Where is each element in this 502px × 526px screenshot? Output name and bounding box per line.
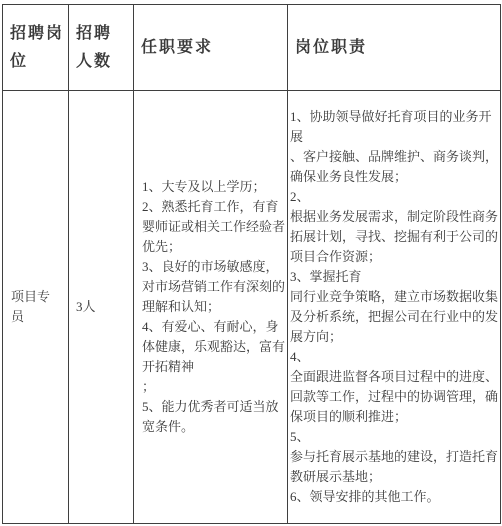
header-cell-headcount: 招聘 人数 [69, 5, 134, 91]
cell-duties: 1、协助领导做好托育项目的业务开展 、客户接触、品牌维护、商务谈判，确保业务良性… [288, 91, 501, 524]
table-header-row: 招聘岗 位 招聘 人数 任职要求 岗位职责 [3, 5, 501, 91]
cell-headcount: 3人 [69, 91, 134, 524]
document-page: 招聘岗 位 招聘 人数 任职要求 岗位职责 项目专员 3人 1、大专及以上学历；… [2, 4, 501, 524]
cell-position: 项目专员 [3, 91, 69, 524]
cell-requirements: 1、大专及以上学历； 2、熟悉托育工作，有育婴师证或相关工作经验者优先； 3、良… [134, 91, 288, 524]
header-cell-requirements: 任职要求 [134, 5, 288, 91]
header-cell-position: 招聘岗 位 [3, 5, 69, 91]
header-cell-duties: 岗位职责 [288, 5, 501, 91]
table-row: 项目专员 3人 1、大专及以上学历； 2、熟悉托育工作，有育婴师证或相关工作经验… [3, 91, 501, 524]
recruitment-table: 招聘岗 位 招聘 人数 任职要求 岗位职责 项目专员 3人 1、大专及以上学历；… [2, 4, 501, 524]
